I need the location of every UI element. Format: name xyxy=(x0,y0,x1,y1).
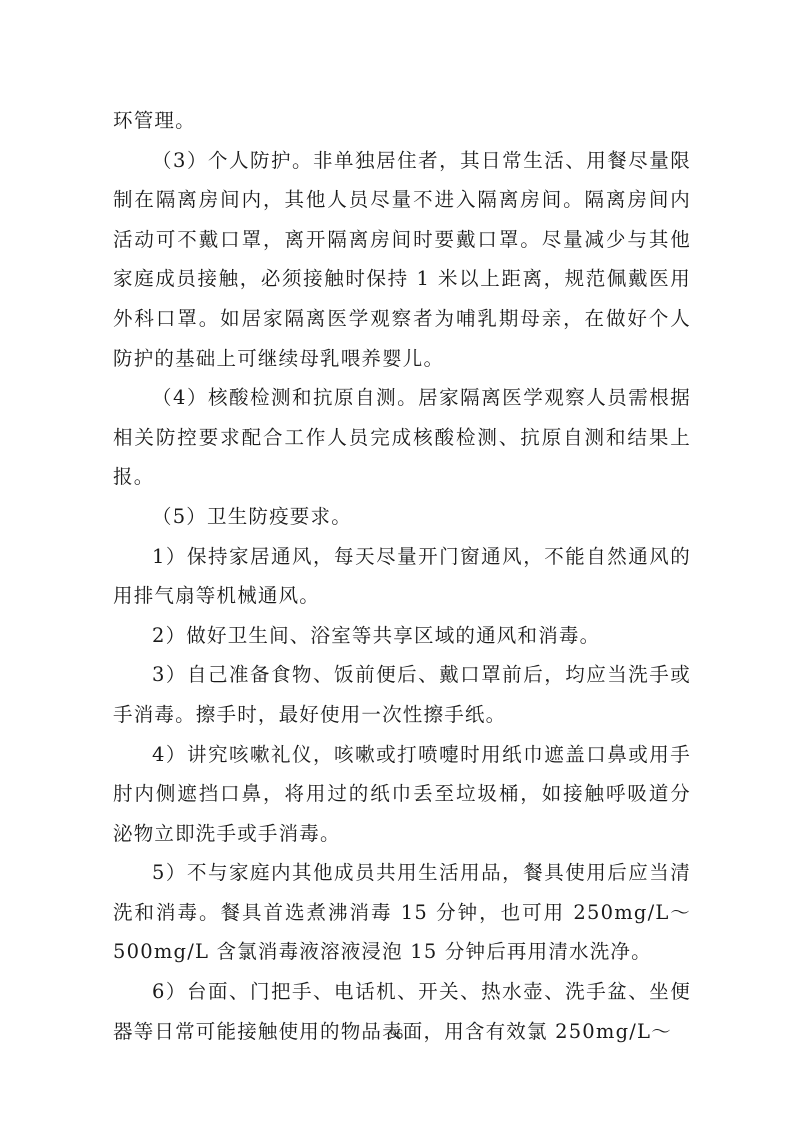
list-item-hand-washing: 3）自己准备食物、饭前便后、戴口罩前后，均应当洗手或手消毒。擦手时，最好使用一次… xyxy=(113,655,691,734)
paragraph-nucleic-acid-testing: （4）核酸检测和抗原自测。居家隔离医学观察人员需根据相关防控要求配合工作人员完成… xyxy=(113,378,691,497)
list-item-ventilation: 1）保持家居通风，每天尽量开门窗通风，不能自然通风的用排气扇等机械通风。 xyxy=(113,537,691,616)
list-item-tableware: 5）不与家庭内其他成员共用生活用品，餐具使用后应当清洗和消毒。餐具首选煮沸消毒 … xyxy=(113,853,691,972)
paragraph-personal-protection: （3）个人防护。非单独居住者，其日常生活、用餐尽量限制在隔离房间内，其他人员尽量… xyxy=(113,141,691,379)
page-number: 96 xyxy=(0,1026,793,1042)
list-item-cough-etiquette: 4）讲究咳嗽礼仪，咳嗽或打喷嚏时用纸巾遮盖口鼻或用手肘内侧遮挡口鼻，将用过的纸巾… xyxy=(113,735,691,854)
paragraph: 环管理。 xyxy=(113,101,691,141)
document-body: 环管理。 （3）个人防护。非单独居住者，其日常生活、用餐尽量限制在隔离房间内，其… xyxy=(113,101,691,1051)
paragraph-hygiene-heading: （5）卫生防疫要求。 xyxy=(113,497,691,537)
list-item-shared-areas: 2）做好卫生间、浴室等共享区域的通风和消毒。 xyxy=(113,616,691,656)
